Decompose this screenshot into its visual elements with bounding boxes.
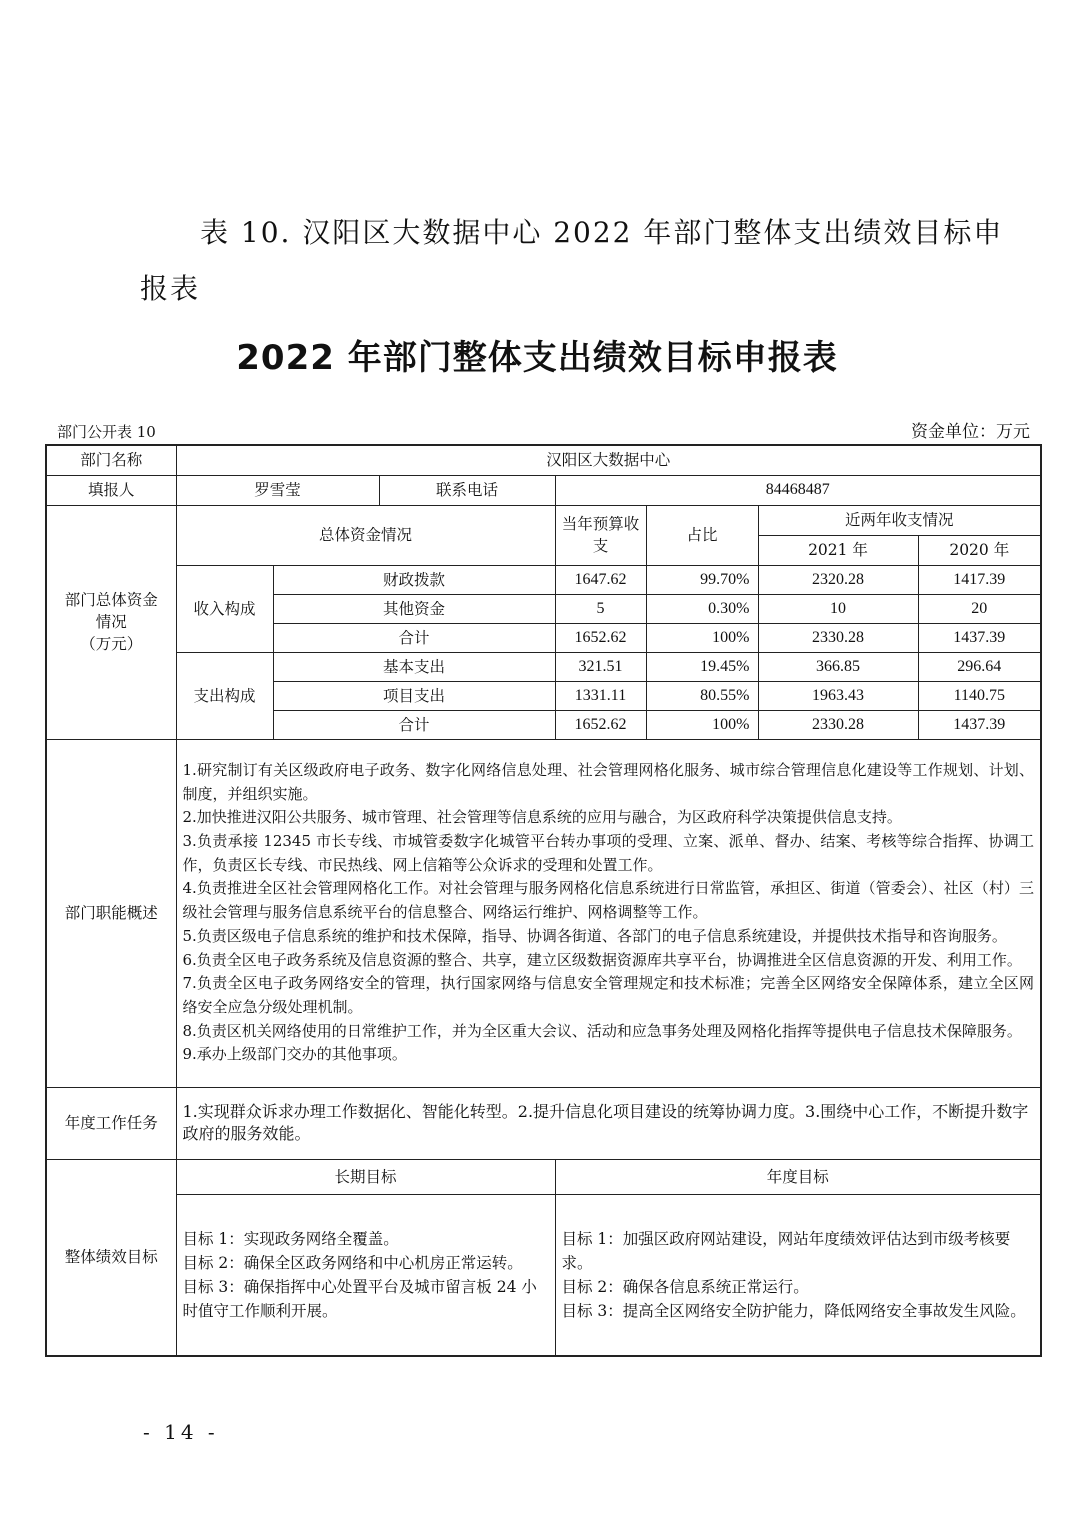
income-2021: 2330.28 <box>758 623 918 652</box>
table-number: 部门公开表 10 <box>57 421 156 442</box>
reporter-value: 罗雪莹 <box>176 475 379 505</box>
year-2020-header: 2020 年 <box>918 535 1041 565</box>
tasks-content: 1.实现群众诉求办理工作数据化、智能化转型。2.提升信息化项目建设的统筹协调力度… <box>176 1087 1041 1159</box>
budget-header: 当年预算收支 <box>555 505 646 565</box>
dept-name-label: 部门名称 <box>46 445 176 475</box>
dept-name-value: 汉阳区大数据中心 <box>176 445 1041 475</box>
expense-budget: 1331.11 <box>555 681 646 710</box>
duty-item: 6.负责全区电子政务系统及信息资源的整合、共享，建立区级数据资源库共享平台，协调… <box>183 949 1035 973</box>
dept-name-row: 部门名称 汉阳区大数据中心 <box>46 445 1041 475</box>
expense-2021: 1963.43 <box>758 681 918 710</box>
duty-item: 9.承办上级部门交办的其他事项。 <box>183 1043 1035 1067</box>
income-2021: 10 <box>758 594 918 623</box>
income-share: 99.70% <box>646 565 758 594</box>
phone-label: 联系电话 <box>379 475 555 505</box>
reporter-row: 填报人 罗雪莹 联系电话 84468487 <box>46 475 1041 505</box>
expense-row: 支出构成 基本支出 321.51 19.45% 366.85 296.64 <box>46 652 1041 681</box>
expense-item: 项目支出 <box>273 681 555 710</box>
income-budget: 1647.62 <box>555 565 646 594</box>
expense-budget: 321.51 <box>555 652 646 681</box>
long-term-goals-header: 长期目标 <box>176 1159 555 1194</box>
goal-item: 目标 1：实现政务网络全覆盖。 <box>183 1227 549 1251</box>
document-heading: 表 10. 汉阳区大数据中心 2022 年部门整体支出绩效目标申 报表 <box>140 205 960 317</box>
expense-share: 100% <box>646 710 758 739</box>
income-2020: 1417.39 <box>918 565 1041 594</box>
heading-line-1: 表 10. 汉阳区大数据中心 2022 年部门整体支出绩效目标申 <box>140 205 960 261</box>
funds-header-row-1: 部门总体资金 情况 （万元） 总体资金情况 当年预算收支 占比 近两年收支情况 <box>46 505 1041 535</box>
income-label: 收入构成 <box>176 565 273 652</box>
goals-header-row: 整体绩效目标 长期目标 年度目标 <box>46 1159 1041 1194</box>
duty-item: 5.负责区级电子信息系统的维护和技术保障，指导、协调各街道、各部门的电子信息系统… <box>183 925 1035 949</box>
income-item: 其他资金 <box>273 594 555 623</box>
expense-2021: 366.85 <box>758 652 918 681</box>
tasks-row: 年度工作任务 1.实现群众诉求办理工作数据化、智能化转型。2.提升信息化项目建设… <box>46 1087 1041 1159</box>
heading-line-2: 报表 <box>140 261 960 317</box>
income-item: 合计 <box>273 623 555 652</box>
funds-section-label: 部门总体资金 情况 （万元） <box>46 505 176 739</box>
fund-unit: 资金单位：万元 <box>911 417 1030 442</box>
income-budget: 1652.62 <box>555 623 646 652</box>
goal-item: 目标 3：确保指挥中心处置平台及城市留言板 24 小时值守工作顺利开展。 <box>183 1275 549 1323</box>
expense-label: 支出构成 <box>176 652 273 739</box>
performance-target-table: 部门名称 汉阳区大数据中心 填报人 罗雪莹 联系电话 84468487 部门总体… <box>45 444 1042 1357</box>
income-share: 100% <box>646 623 758 652</box>
expense-2020: 1140.75 <box>918 681 1041 710</box>
annual-goals-header: 年度目标 <box>555 1159 1041 1194</box>
goal-item: 目标 1：加强区政府网站建设，网站年度绩效评估达到市级考核要求。 <box>562 1227 1035 1275</box>
income-row: 收入构成 财政拨款 1647.62 99.70% 2320.28 1417.39 <box>46 565 1041 594</box>
expense-item: 合计 <box>273 710 555 739</box>
expense-2020: 296.64 <box>918 652 1041 681</box>
income-budget: 5 <box>555 594 646 623</box>
duties-row: 部门职能概述 1.研究制订有关区级政府电子政务、数字化网络信息处理、社会管理网格… <box>46 739 1041 1087</box>
expense-share: 80.55% <box>646 681 758 710</box>
expense-budget: 1652.62 <box>555 710 646 739</box>
duty-item: 2.加快推进汉阳公共服务、城市管理、社会管理等信息系统的应用与融合，为区政府科学… <box>183 806 1035 830</box>
phone-value: 84468487 <box>555 475 1041 505</box>
expense-share: 19.45% <box>646 652 758 681</box>
annual-goals: 目标 1：加强区政府网站建设，网站年度绩效评估达到市级考核要求。 目标 2：确保… <box>555 1194 1041 1356</box>
income-share: 0.30% <box>646 594 758 623</box>
income-2020: 1437.39 <box>918 623 1041 652</box>
reporter-label: 填报人 <box>46 475 176 505</box>
duty-item: 4.负责推进全区社会管理网格化工作。对社会管理与服务网格化信息系统进行日常监管，… <box>183 877 1035 924</box>
recent-years-header: 近两年收支情况 <box>758 505 1041 535</box>
long-term-goals: 目标 1：实现政务网络全覆盖。 目标 2：确保全区政务网络和中心机房正常运转。 … <box>176 1194 555 1356</box>
expense-2021: 2330.28 <box>758 710 918 739</box>
expense-2020: 1437.39 <box>918 710 1041 739</box>
expense-item: 基本支出 <box>273 652 555 681</box>
duty-item: 1.研究制订有关区级政府电子政务、数字化网络信息处理、社会管理网格化服务、城市综… <box>183 759 1035 806</box>
duties-label: 部门职能概述 <box>46 739 176 1087</box>
goal-item: 目标 3：提高全区网络安全防护能力，降低网络安全事故发生风险。 <box>562 1299 1035 1323</box>
income-2020: 20 <box>918 594 1041 623</box>
overall-funds-header: 总体资金情况 <box>176 505 555 565</box>
tasks-label: 年度工作任务 <box>46 1087 176 1159</box>
duties-content: 1.研究制订有关区级政府电子政务、数字化网络信息处理、社会管理网格化服务、城市综… <box>176 739 1041 1087</box>
goals-content-row: 目标 1：实现政务网络全覆盖。 目标 2：确保全区政务网络和中心机房正常运转。 … <box>46 1194 1041 1356</box>
goals-label: 整体绩效目标 <box>46 1159 176 1356</box>
income-2021: 2320.28 <box>758 565 918 594</box>
goal-item: 目标 2：确保各信息系统正常运行。 <box>562 1275 1035 1299</box>
duty-item: 3.负责承接 12345 市长专线、市城管委数字化城管平台转办事项的受理、立案、… <box>183 830 1035 877</box>
page-title: 2022 年部门整体支出绩效目标申报表 <box>0 330 1074 379</box>
goal-item: 目标 2：确保全区政务网络和中心机房正常运转。 <box>183 1251 549 1275</box>
income-item: 财政拨款 <box>273 565 555 594</box>
year-2021-header: 2021 年 <box>758 535 918 565</box>
duty-item: 8.负责区机关网络使用的日常维护工作，并为全区重大会议、活动和应急事务处理及网格… <box>183 1020 1035 1044</box>
share-header: 占比 <box>646 505 758 565</box>
page-number: - 14 - <box>143 1420 219 1444</box>
duty-item: 7.负责全区电子政务网络安全的管理，执行国家网络与信息安全管理规定和技术标准；完… <box>183 972 1035 1019</box>
